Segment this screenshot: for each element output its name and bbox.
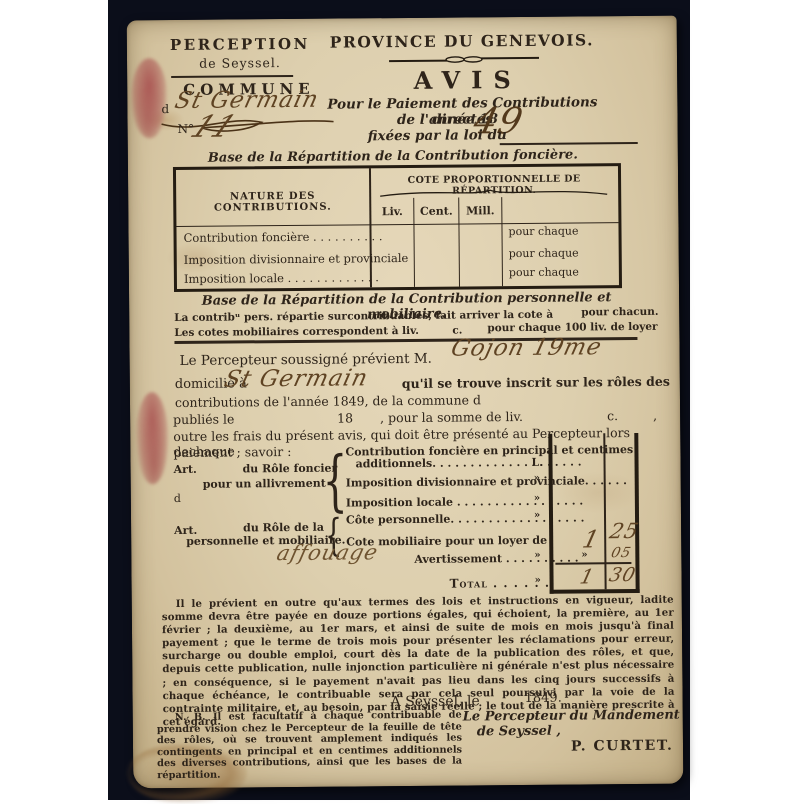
perception-title: PERCEPTION: [145, 35, 335, 55]
personnelle-line2a: Les cotes mobiliaires correspondent à li…: [174, 325, 419, 339]
amounts-divider: [603, 433, 606, 589]
total-suffix: »: [535, 575, 541, 586]
publies-somme: , pour la somme de liv.: [380, 409, 523, 425]
document-paper: PERCEPTION de Seyssel. COMMUNE d St Germ…: [127, 16, 684, 789]
brace1-icon: {: [322, 443, 347, 520]
publies-c: c.: [607, 408, 618, 423]
table-row-label-2: Imposition divisionnaire et provinciale: [184, 251, 409, 267]
table-swash-icon: [378, 186, 610, 198]
handwritten-commune: St Germain: [172, 87, 321, 114]
publies-virgule: ,: [653, 408, 657, 423]
signature: P. CURTET.: [571, 738, 673, 755]
annee-line: 1849.: [525, 691, 562, 706]
table-subdivider-3: [501, 197, 503, 286]
savoir-item2-suffix: »: [534, 473, 540, 484]
table-col-nature: NATURE DES CONTRIBUTIONS.: [180, 190, 365, 214]
table-row-note-2: pour chaque: [509, 246, 579, 260]
d-label: d: [174, 492, 181, 505]
publies-dixhuit: 18: [337, 410, 353, 425]
role2-label: du Rôle de la: [243, 521, 324, 535]
handwritten-domicile: St Germain: [222, 365, 371, 392]
personnelle-line1c: pour chacun.: [581, 306, 658, 319]
avis-subtitle2: de l'année 18: [307, 110, 587, 128]
table-subcol-cent: Cent.: [414, 205, 458, 218]
table-row-label-3: Imposition locale . . . . . . . . . . . …: [184, 270, 379, 286]
wax-seal-middle-icon: [136, 392, 169, 484]
table-subcol-mill: Mill.: [459, 204, 501, 217]
savoir-item4-suffix: »: [534, 510, 540, 521]
amounts-box: 1 25 » 05 1 30: [548, 433, 639, 594]
savoir-item3: Imposition locale . . . . . . . . . . . …: [346, 494, 583, 509]
allivrement-label: pour un allivrement: [203, 477, 326, 491]
handwritten-nom: Gojon 19me: [448, 334, 604, 361]
inscrit-line: qu'il se trouve inscrit sur les rôles de…: [402, 374, 670, 391]
scan-background-mat: PERCEPTION de Seyssel. COMMUNE d St Germ…: [108, 0, 690, 800]
percepteur-title-1: Le Percepteur du Mandement: [463, 708, 680, 725]
personnelle-line1b: contribuables, fait arriver la cote à: [347, 309, 553, 323]
header-left-rule: [171, 75, 293, 78]
amount-avert-cent: 05: [609, 545, 633, 561]
paiement-line: paiement ; savoir :: [173, 444, 291, 460]
province-title: PROVINCE DU GENEVOIS.: [327, 30, 597, 51]
fixees-blank-line: [500, 142, 638, 145]
repartition-table: NATURE DES CONTRIBUTIONS. COTE PROPORTIO…: [173, 163, 622, 292]
amount-total-cent: 30: [607, 564, 638, 586]
handwritten-affouage: affouage: [274, 540, 380, 565]
savoir-item3-suffix: »: [534, 493, 540, 504]
avertissement-suffix: »: [534, 550, 540, 561]
amount-total-liv: 1: [578, 564, 598, 588]
personnelle-line1a: La contribᵘ pers. répartie sur: [174, 311, 347, 325]
perception-block: PERCEPTION de Seyssel.: [145, 35, 335, 72]
percepteur-title-2: de Seyssel ,: [477, 724, 561, 740]
nota-bene: N. B. Il est facultatif à chaque contrib…: [157, 710, 463, 782]
art1-label: Art.: [174, 463, 197, 476]
savoir-item1-suffix: L.: [531, 456, 543, 469]
avis-title: AVIS: [327, 64, 597, 95]
amount-avert-liv: »: [581, 549, 587, 560]
lieu-date-line: A Seyssel, le: [391, 693, 480, 710]
table-row-label-1: Contribution foncière . . . . . . . . . …: [183, 229, 382, 245]
table-row-note-1: pour chaque: [508, 224, 578, 238]
personnelle-line2c: pour chaque 100 liv. de loyer: [487, 321, 657, 334]
amount-cote-cent: 25: [607, 519, 642, 543]
table-subcol-liv: Liv.: [371, 205, 413, 218]
table-row-note-3: pour chaque: [509, 265, 579, 279]
contributions-line: contributions de l'année 1849, de la com…: [175, 392, 481, 410]
perception-subtitle: de Seyssel.: [145, 55, 335, 72]
publies-label: publiés le: [173, 411, 234, 427]
fixees-label: fixées par la loi du: [368, 127, 507, 144]
